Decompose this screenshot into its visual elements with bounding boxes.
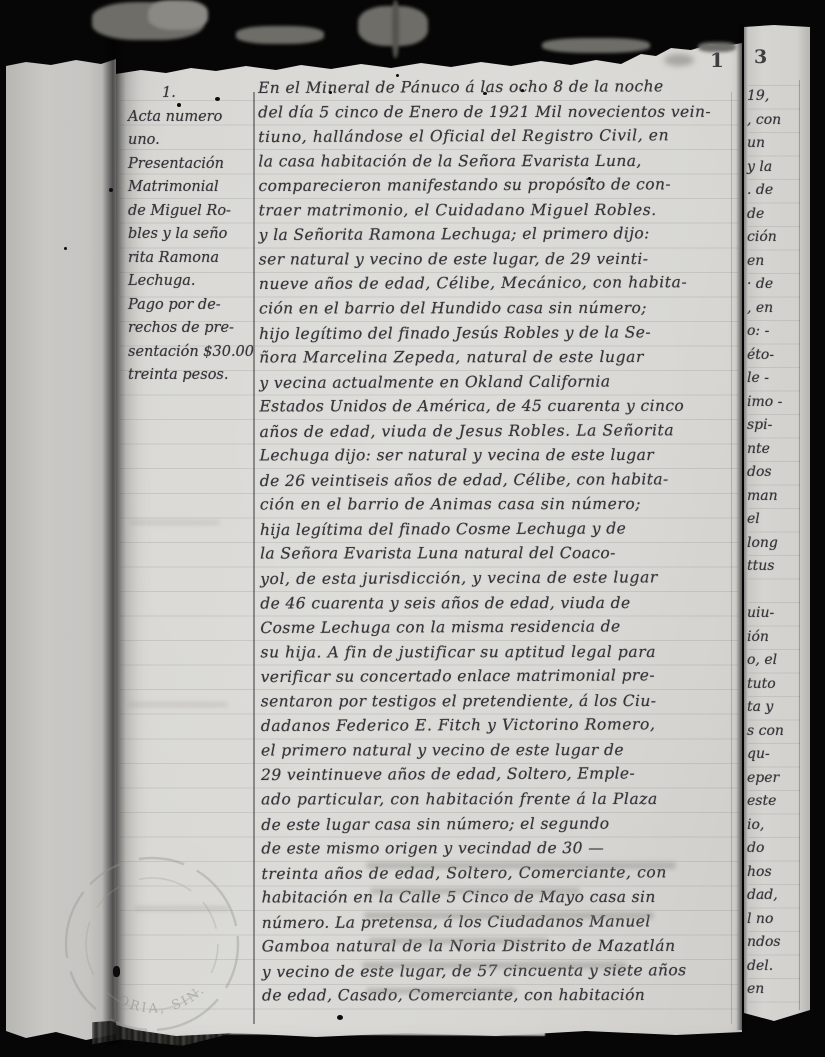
ink-speck — [337, 1015, 343, 1020]
text-fragment: , en — [747, 300, 773, 316]
manuscript-line: nueve años de edad, Célibe, Mecánico, co… — [259, 274, 687, 294]
manuscript-line: sentaron por testigos el pretendiente, á… — [261, 692, 657, 710]
margin-note-line: uno. — [128, 132, 160, 148]
bleedthrough-mark — [128, 702, 228, 707]
margin-note-line: Lechuga. — [128, 273, 196, 289]
manuscript-line: y vecina actualmente en Okland Californi… — [259, 372, 610, 392]
ink-speck — [483, 92, 487, 95]
margin-note-line: Presentación — [128, 156, 224, 172]
next-page-number: 3 — [754, 46, 768, 68]
text-fragment: . de — [747, 182, 773, 198]
text-fragment: ta y — [747, 699, 773, 715]
manuscript-line: el primero natural y vecino de este luga… — [261, 741, 624, 759]
act-body-text: En el Mineral de Pánuco á las ocho 8 de … — [258, 77, 740, 79]
page-edge-shadow — [736, 25, 748, 1030]
manuscript-line: ción en el barrio de Animas casa sin núm… — [260, 495, 641, 513]
manuscript-line: de 46 cuarenta y seis años de edad, viud… — [260, 594, 630, 612]
manuscript-line: ñora Marcelina Zepeda, natural de este l… — [259, 348, 644, 366]
text-fragment: dad, — [747, 887, 778, 903]
torn-paper-debris — [236, 26, 324, 44]
text-fragment: ción — [747, 229, 777, 245]
margin-note-line: Matrimonial — [128, 179, 219, 195]
manuscript-line: ción en el barrio del Hundido casa sin n… — [259, 299, 647, 317]
ink-speck — [329, 91, 332, 94]
torn-paper-debris — [392, 0, 399, 58]
text-fragment: long — [747, 535, 778, 551]
text-fragment: éto- — [747, 347, 774, 363]
manuscript-line: Estados Unidos de América, de 45 cuarent… — [259, 397, 684, 416]
bleedthrough-mark — [368, 938, 548, 944]
torn-paper-debris — [542, 38, 650, 53]
margin-note-line: sentación $30.00 — [128, 344, 254, 360]
text-fragment: ión — [747, 629, 769, 645]
text-fragment: tuto — [747, 676, 776, 692]
text-fragment: eper — [747, 770, 779, 786]
ink-speck — [588, 177, 591, 180]
margin-note-line: bles y la seño — [128, 226, 227, 242]
text-fragment: ndos — [747, 934, 781, 950]
text-fragment: ttus — [747, 558, 774, 574]
ink-speck — [113, 966, 120, 977]
manuscript-line: su hija. A fin de justificar su aptitud … — [260, 643, 656, 661]
manuscript-line: la casa habitación de la Señora Evarista… — [258, 152, 641, 170]
margin-note-line: Pago por de- — [128, 297, 221, 313]
embossed-seal-stamp: ORIA, SIN. — [52, 856, 258, 1034]
text-fragment: · de — [747, 276, 773, 292]
edge-rule-line — [799, 80, 800, 1010]
margin-note-line: de Miguel Ro- — [128, 203, 231, 219]
text-fragment: el — [747, 511, 760, 527]
next-page-edge: 3 19,, conuny la. dedeciónen· de, eno: -… — [744, 25, 810, 1025]
manuscript-line: Cosme Lechuga con la misma residencia de — [260, 618, 620, 638]
text-fragment: en — [747, 253, 764, 269]
text-fragment: do — [747, 840, 764, 856]
ink-speck — [215, 97, 220, 101]
torn-paper-debris — [698, 42, 736, 52]
manuscript-line: años de edad, viuda de Jesus Robles. La … — [260, 421, 675, 441]
text-fragment: en — [747, 981, 764, 997]
manuscript-line: de este mismo origen y vecindad de 30 — — [261, 839, 604, 857]
text-fragment: spi- — [747, 417, 772, 433]
margin-note-line: treinta pesos. — [128, 367, 228, 383]
bleedthrough-mark — [366, 988, 516, 994]
ink-speck — [521, 89, 524, 92]
ink-smudge — [664, 54, 694, 66]
text-fragment: man — [747, 488, 778, 504]
margin-note-line: 1. — [128, 85, 176, 101]
bleedthrough-mark — [366, 862, 676, 869]
margin-note-line: rechos de pre- — [128, 320, 234, 336]
text-fragment: io, — [747, 817, 764, 833]
bleedthrough-mark — [130, 520, 220, 525]
ink-speck — [177, 103, 181, 107]
manuscript-line: hijo legítimo del finado Jesús Robles y … — [259, 323, 651, 343]
manuscript-line: del día 5 cinco de Enero de 1921 Mil nov… — [258, 102, 711, 121]
ink-speck — [109, 188, 113, 192]
manuscript-line: 29 veintinueve años de edad, Soltero, Em… — [261, 765, 635, 785]
bleedthrough-mark — [364, 912, 654, 919]
text-fragment: un — [747, 135, 765, 151]
text-fragment: de — [747, 206, 764, 222]
manuscript-line: Lechuga dijo: ser natural y vecina de es… — [260, 446, 654, 464]
manuscript-line: verificar su concertado enlace matrimoni… — [261, 667, 655, 687]
bleedthrough-mark — [370, 888, 580, 894]
manuscript-line: de 26 veintiseis años de edad, Célibe, c… — [260, 470, 669, 490]
text-fragment: y la — [747, 159, 772, 175]
torn-paper-debris — [148, 0, 208, 30]
text-fragment: imo - — [747, 394, 782, 410]
manuscript-line: la Señora Evarista Luna natural del Coac… — [260, 544, 616, 562]
ink-speck — [64, 247, 67, 250]
manuscript-line: En el Mineral de Pánuco á las ocho 8 de … — [258, 77, 664, 97]
manuscript-line: y la Señorita Ramona Lechuga; el primero… — [259, 225, 650, 245]
text-fragment: , con — [747, 112, 781, 128]
stamp-text: ORIA, SIN. — [115, 982, 209, 1017]
manuscript-line: ser natural y vecino de este lugar, de 2… — [259, 250, 649, 268]
text-fragment: uiu- — [747, 605, 774, 621]
manuscript-line: yol, de esta jurisdicción, y vecina de e… — [260, 568, 658, 588]
margin-note-line: rita Ramona — [128, 250, 219, 266]
manuscript-line: hija legítima del finado Cosme Lechuga y… — [260, 519, 626, 539]
text-fragment: o, el — [747, 652, 777, 668]
text-fragment: este — [747, 793, 776, 809]
ink-speck — [396, 74, 399, 77]
text-fragment: dos — [747, 464, 772, 480]
text-fragment: hos — [747, 864, 772, 880]
book-photo-background: 1 1.Acta numerouno.PresentaciónMatrimoni… — [0, 0, 825, 1057]
text-fragment: le - — [747, 370, 769, 386]
manuscript-line: dadanos Federico E. Fitch y Victorino Ro… — [261, 716, 656, 736]
text-fragment: s con — [747, 723, 784, 739]
manuscript-line: comparecieron manifestando su propósito … — [258, 175, 671, 195]
text-fragment: 19, — [747, 88, 769, 104]
manuscript-line: traer matrimonio, el Cuidadano Miguel Ro… — [259, 201, 657, 219]
manuscript-line: ado particular, con habitación frente á … — [261, 790, 658, 808]
svg-text:ORIA, SIN.: ORIA, SIN. — [115, 982, 209, 1017]
text-fragment: o: - — [747, 323, 769, 339]
text-fragment: l no — [747, 911, 773, 927]
text-fragment: nte — [747, 441, 770, 457]
right-margin-rule-line — [731, 92, 732, 1024]
text-fragment: del. — [747, 958, 773, 974]
text-fragment: qu- — [747, 746, 770, 762]
bleedthrough-mark — [362, 962, 627, 969]
margin-note-line: Acta numero — [128, 109, 222, 125]
manuscript-line: tiuno, hallándose el Oficial del Registr… — [258, 126, 669, 146]
manuscript-line: de este lugar casa sin número; el segund… — [261, 814, 609, 834]
